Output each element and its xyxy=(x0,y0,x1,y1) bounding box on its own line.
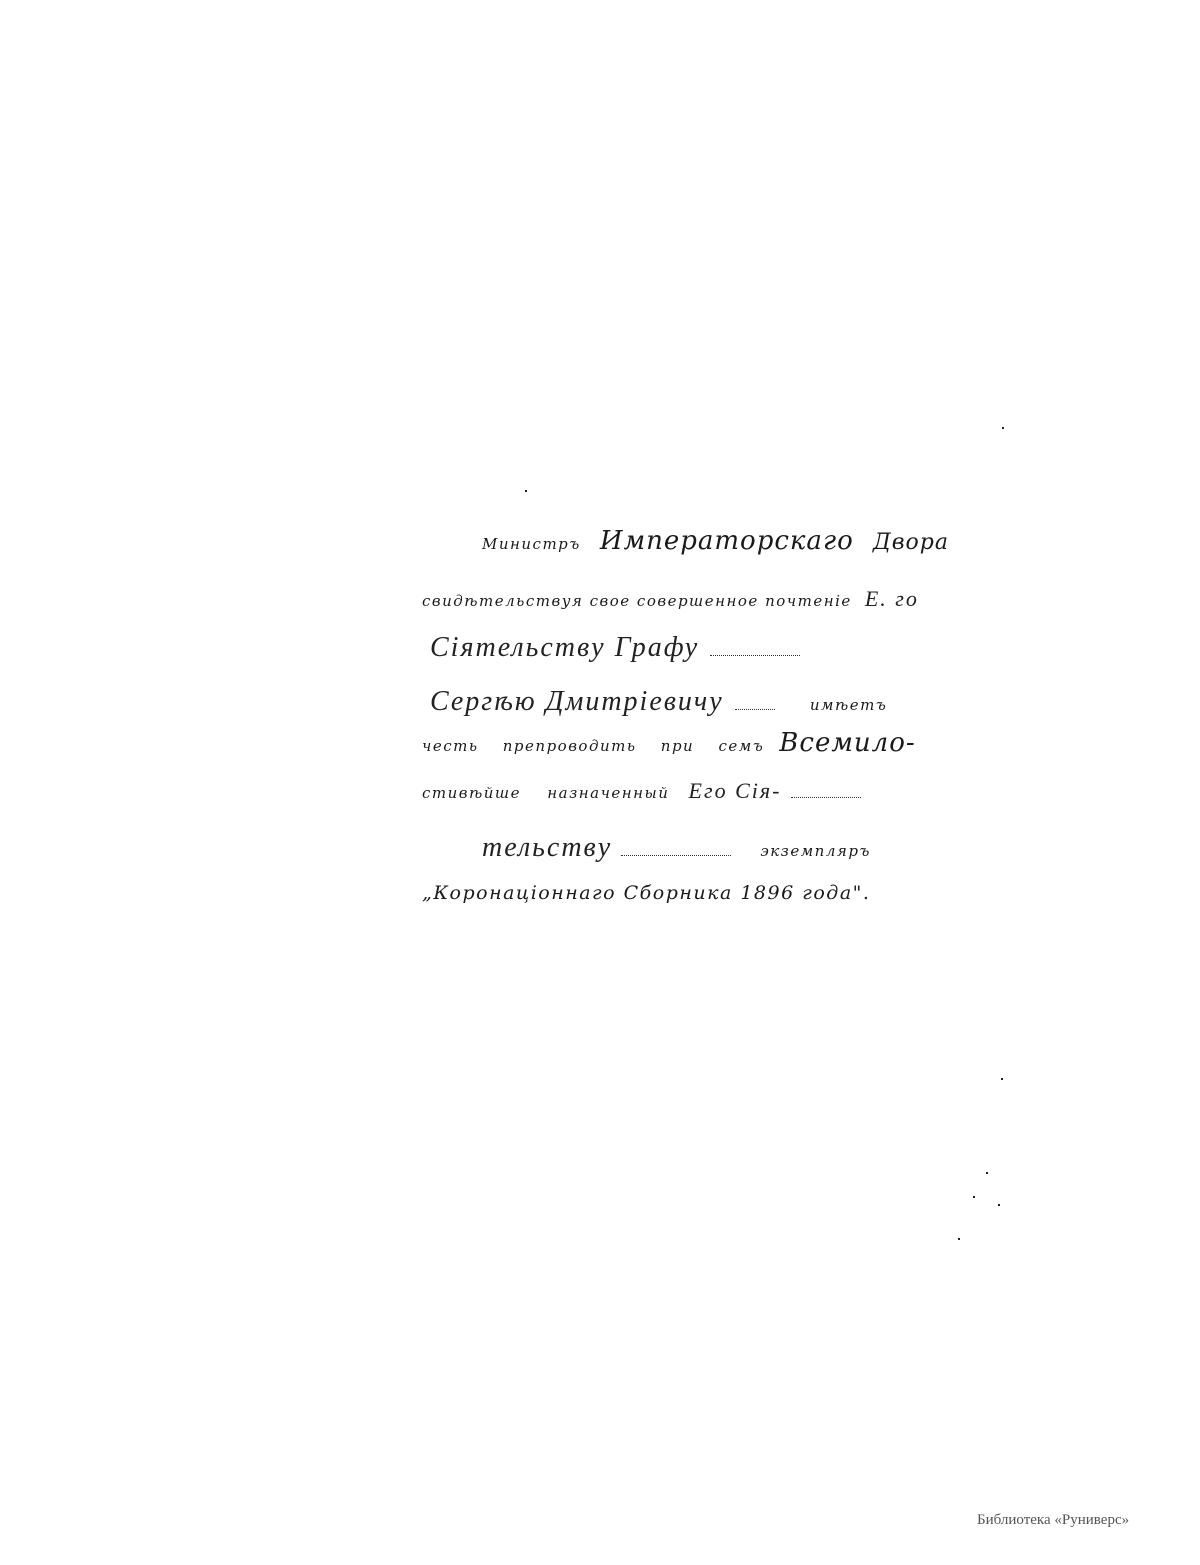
fill-dots xyxy=(735,708,775,710)
fill-dots xyxy=(710,654,800,656)
card-line-6: стивѣйше назначенный Его Сія- xyxy=(422,778,861,804)
coronation-collection-text: „Коронаціоннаго Сборника 1896 года". xyxy=(422,882,870,904)
assigned-text: стивѣйше назначенный xyxy=(422,784,669,802)
scan-speck xyxy=(1001,1078,1003,1080)
card-line-2: свидѣтельствуя свое совершенное почтеніе… xyxy=(422,586,919,612)
honor-text: честь препроводить при семъ xyxy=(422,737,764,755)
handwritten-name: Сергѣю Дмитріевичу xyxy=(430,686,724,717)
scan-speck xyxy=(1002,427,1004,429)
imperial-word: Императорскаго xyxy=(600,526,854,556)
scan-speck xyxy=(998,1204,1000,1206)
scan-speck xyxy=(958,1238,960,1240)
has-word: имѣетъ xyxy=(810,696,887,714)
handwritten-telstvu: тельству xyxy=(482,832,612,863)
document-page: Министръ Императорскаго Двора свидѣтельс… xyxy=(0,0,1200,1565)
library-watermark: Библиотека «Руниверс» xyxy=(977,1512,1129,1529)
scan-speck xyxy=(986,1172,988,1174)
card-line-5: честь препроводить при семъ Всемило- xyxy=(422,728,916,758)
handwritten-his: Е. го xyxy=(865,586,919,611)
court-word: Двора xyxy=(873,530,949,555)
handwritten-title: Сіятельству Графу xyxy=(430,632,699,663)
copy-word: экземпляръ xyxy=(760,842,871,860)
card-line-7: тельству экземпляръ xyxy=(482,832,871,864)
respect-text: свидѣтельствуя свое совершенное почтеніе xyxy=(422,592,852,610)
handwritten-his-sia: Его Сія- xyxy=(689,778,782,803)
minister-word: Министръ xyxy=(482,535,581,553)
card-line-8: „Коронаціоннаго Сборника 1896 года". xyxy=(422,882,870,904)
card-line-4: Сергѣю Дмитріевичу имѣетъ xyxy=(430,686,887,718)
scan-speck xyxy=(525,490,527,492)
fill-dots xyxy=(791,796,861,798)
most-gracious-word: Всемило- xyxy=(779,728,915,758)
fill-dots xyxy=(621,854,731,856)
card-line-1: Министръ Императорскаго Двора xyxy=(482,526,949,556)
scan-speck xyxy=(973,1196,975,1198)
card-line-3: Сіятельству Графу xyxy=(430,632,800,664)
